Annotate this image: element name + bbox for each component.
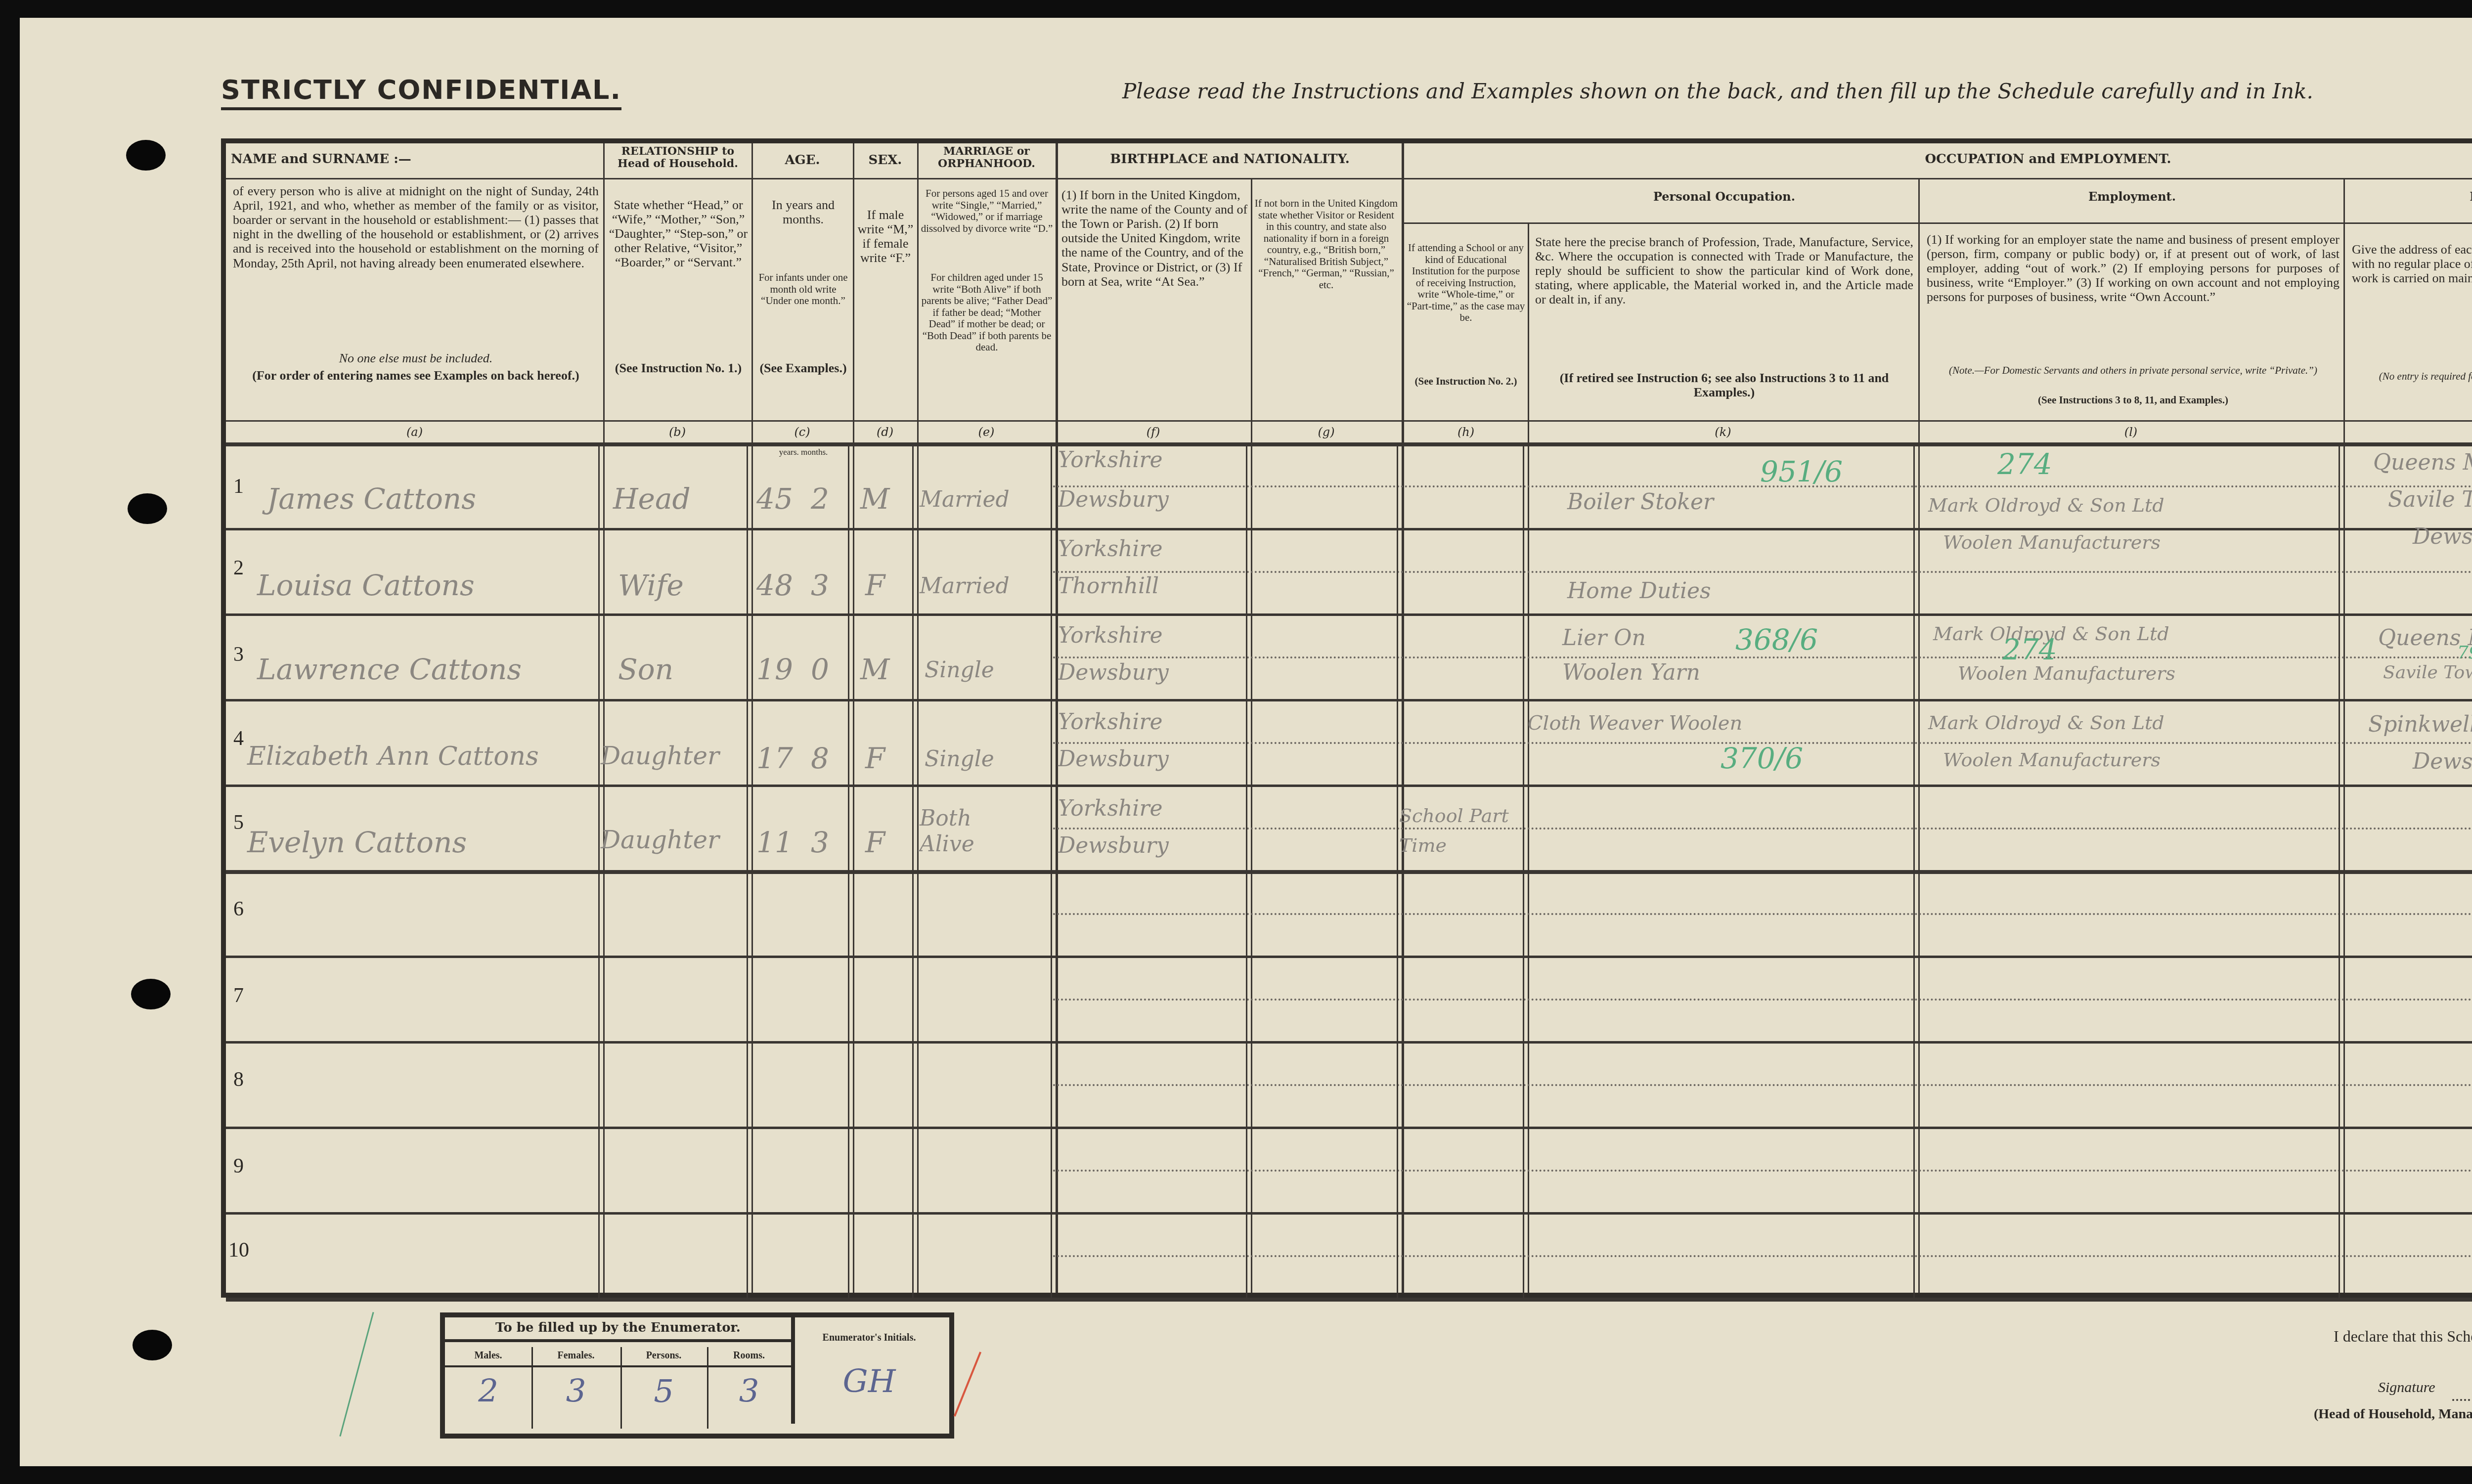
col-e-body: For persons aged 15 and over write “Sing…	[921, 188, 1053, 234]
column-divider	[1246, 442, 1247, 1298]
row-2-relationship[interactable]: Wife	[618, 568, 684, 602]
col-f-body: (1) If born in the United Kingdom, write…	[1061, 188, 1249, 289]
row-4-name[interactable]: Elizabeth Ann Cattons	[247, 742, 539, 771]
col-c-letter: (c)	[751, 425, 853, 439]
signature-label: Signature	[2378, 1379, 2435, 1396]
persons-label: Persons.	[620, 1347, 707, 1367]
persons-value[interactable]: 5	[620, 1367, 707, 1410]
col-d-letter: (d)	[853, 425, 917, 439]
row-4-place-line2[interactable]: Dewsbury	[2413, 749, 2472, 774]
column-divider	[1397, 442, 1398, 1298]
females-value[interactable]: 3	[531, 1367, 620, 1410]
initials-label: Enumerator's Initials.	[795, 1317, 943, 1344]
divider	[226, 178, 1056, 179]
instructions-line: Please read the Instructions and Example…	[1122, 79, 2313, 103]
row-1-name[interactable]: James Cattons	[267, 482, 476, 516]
divider	[603, 143, 605, 1293]
row-4-birth-town[interactable]: Dewsbury	[1058, 746, 1169, 772]
col-k-title: Personal Occupation.	[1530, 190, 1918, 204]
row-1-place-line3[interactable]: Dewsbury	[2413, 524, 2472, 549]
row-3-relationship[interactable]: Son	[618, 653, 673, 686]
divider	[1528, 222, 1529, 1293]
males-cell: Males. 2	[445, 1347, 533, 1429]
signer-note: (Head of Household, Manager of Establish…	[2314, 1406, 2472, 1422]
col-l-footer: (See Instructions 3 to 8, 11, and Exampl…	[1927, 394, 2340, 406]
divider	[2343, 178, 2345, 1293]
col-b-body: State whether “Head,” or “Wife,” “Mother…	[607, 198, 750, 270]
row-divider	[226, 1041, 2472, 1044]
row-subdivider	[1053, 656, 2472, 658]
row-number: 1	[233, 475, 244, 498]
enumerator-summary-title: To be filled up by the Enumerator.	[445, 1320, 791, 1342]
row-3-place-code: 7970/16	[2457, 643, 2472, 663]
row-5-age-years[interactable]: 11	[756, 826, 793, 859]
row-1-relationship[interactable]: Head	[613, 482, 691, 516]
col-a-title: NAME and SURNAME :—	[231, 152, 602, 167]
row-divider	[226, 785, 2472, 787]
row-number: 8	[233, 1068, 244, 1091]
column-divider	[848, 442, 849, 1298]
col-l-body: (1) If working for an employer state the…	[1927, 232, 2340, 305]
row-4-age-months[interactable]: 8	[811, 742, 829, 775]
col-a-letter: (a)	[226, 425, 603, 439]
row-number: 7	[233, 984, 244, 1007]
row-divider	[226, 613, 2472, 616]
row-1-age-months[interactable]: 2	[811, 482, 829, 516]
row-subdivider	[1053, 913, 2472, 915]
col-a-footer: (For order of entering names see Example…	[233, 368, 599, 383]
divider	[917, 143, 919, 1293]
age-subheader: years. months.	[754, 447, 853, 457]
divider	[1404, 222, 1528, 224]
row-1-age-years[interactable]: 45	[756, 482, 793, 516]
column-divider	[747, 442, 748, 1298]
divider	[1402, 143, 1404, 1293]
row-4-age-years[interactable]: 17	[756, 742, 793, 775]
col-e-title: MARRIAGE or ORPHANHOOD.	[919, 145, 1055, 170]
col-d-body: If male write “M,” if female write “F.”	[856, 208, 915, 265]
col-g-letter: (g)	[1251, 425, 1402, 439]
row-divider	[226, 1298, 2472, 1302]
row-number: 9	[233, 1154, 244, 1178]
divider	[1056, 178, 1404, 179]
col-h-letter: (h)	[1404, 425, 1528, 439]
persons-cell: Persons. 5	[620, 1347, 708, 1429]
col-h-body: If attending a School or any kind of Edu…	[1407, 242, 1525, 324]
row-5-birth-town[interactable]: Dewsbury	[1058, 833, 1169, 858]
signature-line	[2452, 1399, 2472, 1401]
column-divider	[1051, 442, 1052, 1298]
col-m-letter: (m)	[2343, 425, 2472, 439]
row-1-place-line2[interactable]: Savile Town	[2388, 487, 2472, 512]
row-subdivider	[1053, 828, 2472, 829]
row-1-birth-town[interactable]: Dewsbury	[1058, 487, 1169, 512]
col-k-letter: (k)	[1528, 425, 1918, 439]
col-a-body: of every person who is alive at midnight…	[233, 184, 599, 270]
occupation-title: OCCUPATION and EMPLOYMENT.	[1407, 152, 2472, 167]
column-divider	[1913, 442, 1915, 1298]
divider	[1251, 178, 1252, 1293]
col-b-footer: (See Instruction No. 1.)	[607, 361, 750, 375]
enumerator-initials-cell: Enumerator's Initials. GH	[791, 1317, 943, 1424]
row-2-birth-town[interactable]: Thornhill	[1058, 573, 1159, 599]
row-3-age-years[interactable]: 19	[756, 653, 793, 686]
punch-hole	[126, 140, 166, 171]
row-subdivider	[1053, 1255, 2472, 1257]
col-m-note: (No entry is required for any person who…	[2352, 371, 2472, 383]
row-5-age-months[interactable]: 3	[811, 826, 829, 859]
rooms-label: Rooms.	[707, 1347, 791, 1367]
males-label: Males.	[445, 1347, 531, 1367]
row-5-birth-county[interactable]: Yorkshire	[1058, 796, 1162, 821]
column-divider	[1523, 442, 1524, 1298]
row-3-occupation[interactable]: Lier On	[1562, 625, 1646, 651]
row-1-occupation[interactable]: Boiler Stoker	[1567, 489, 1714, 515]
row-5-marriage[interactable]: Both Alive	[920, 806, 994, 857]
strictly-confidential-heading: STRICTLY CONFIDENTIAL.	[221, 74, 621, 110]
row-2-age-months[interactable]: 3	[811, 568, 829, 602]
col-k-body: State here the precise branch of Profess…	[1535, 235, 1913, 307]
divider	[1918, 178, 1920, 1293]
row-4-relationship[interactable]: Daughter	[601, 742, 719, 770]
row-3-sex[interactable]: M	[860, 653, 889, 686]
row-number: 6	[233, 897, 244, 921]
row-3-place-line2[interactable]: Savile Town Dewsbury	[2383, 662, 2472, 683]
enumerator-summary-box: To be filled up by the Enumerator. Males…	[440, 1312, 954, 1439]
row-3-occupation-detail[interactable]: Woolen Yarn	[1562, 660, 1700, 685]
col-l-title: Employment.	[1921, 190, 2343, 204]
col-c-note: For infants under one month old write “U…	[755, 272, 851, 307]
row-4-occupation-code: 370/6	[1721, 742, 1803, 775]
row-2-name[interactable]: Louisa Cattons	[257, 568, 475, 602]
row-2-age-years[interactable]: 48	[756, 568, 793, 602]
col-l-letter: (l)	[1918, 425, 2343, 439]
row-number: 4	[233, 727, 244, 750]
divider	[1404, 178, 2472, 179]
col-e-note: For children aged under 15 write “Both A…	[921, 272, 1053, 353]
birthplace-title: BIRTHPLACE and NATIONALITY.	[1058, 152, 1402, 167]
row-2-sex[interactable]: F	[865, 568, 885, 602]
row-3-employer-code: 274	[2002, 633, 2057, 666]
divider	[1528, 222, 2472, 224]
rooms-cell: Rooms. 3	[707, 1347, 791, 1429]
row-divider	[226, 870, 2472, 874]
col-d-title: SEX.	[854, 153, 916, 168]
row-subdivider	[1053, 1170, 2472, 1172]
row-number: 5	[233, 811, 244, 834]
divider	[853, 143, 854, 1293]
column-divider	[598, 442, 600, 1298]
row-1-employer[interactable]: Mark Oldroyd & Son Ltd	[1928, 494, 2164, 516]
col-g-body: If not born in the United Kingdom state …	[1253, 198, 1399, 291]
divider	[226, 420, 2472, 422]
row-1-employer-code: 274	[1997, 447, 2052, 481]
punch-hole	[132, 1330, 172, 1360]
row-3-birth-town[interactable]: Dewsbury	[1058, 660, 1169, 685]
initials-value[interactable]: GH	[795, 1344, 943, 1400]
row-5-name[interactable]: Evelyn Cattons	[247, 826, 467, 859]
divider	[751, 143, 753, 1293]
row-3-marriage[interactable]: Single	[925, 657, 994, 683]
col-c-footer: (See Examples.)	[755, 361, 851, 375]
row-divider	[226, 1212, 2472, 1215]
row-1-birth-county[interactable]: Yorkshire	[1058, 447, 1162, 473]
col-m-body: Give the address of each person's place …	[2352, 242, 2472, 285]
column-divider	[912, 442, 914, 1298]
col-a-note: No one else must be included.	[233, 351, 599, 365]
row-divider	[226, 1127, 2472, 1129]
row-subdivider	[1053, 1084, 2472, 1086]
col-h-footer: (See Instruction No. 2.)	[1407, 376, 1525, 388]
row-number: 2	[233, 556, 244, 580]
col-f-letter: (f)	[1056, 425, 1251, 439]
punch-hole	[131, 979, 171, 1009]
row-4-place-line1[interactable]: Spinkwell Mills	[2368, 712, 2472, 737]
row-4-sex[interactable]: F	[865, 742, 885, 775]
col-m-title: Place of Work.	[2346, 190, 2472, 204]
col-c-body: In years and months.	[755, 198, 851, 226]
declaration-text: I declare that this Schedule is correctl…	[2334, 1327, 2472, 1346]
col-e-letter: (e)	[917, 425, 1056, 439]
col-b-letter: (b)	[603, 425, 751, 439]
row-3-name[interactable]: Lawrence Cattons	[257, 653, 522, 686]
row-number: 3	[233, 643, 244, 666]
row-subdivider	[1053, 571, 2472, 573]
column-divider	[2339, 442, 2340, 1298]
row-2-occupation[interactable]: Home Duties	[1567, 578, 1711, 604]
row-3-occupation-code: 368/6	[1735, 623, 1818, 656]
row-4-employer-business[interactable]: Woolen Manufacturers	[1943, 749, 2161, 771]
row-4-occupation[interactable]: Cloth Weaver Woolen	[1528, 712, 1742, 735]
row-4-birth-county[interactable]: Yorkshire	[1058, 709, 1162, 735]
row-5-sex[interactable]: F	[865, 826, 885, 859]
females-label: Females.	[531, 1347, 620, 1367]
punch-hole	[128, 493, 167, 524]
row-1-sex[interactable]: M	[860, 482, 889, 516]
col-b-title: RELATIONSHIP to Head of Household.	[605, 145, 751, 170]
row-1-marriage[interactable]: Married	[920, 487, 1010, 512]
col-l-note: (Note.—For Domestic Servants and others …	[1927, 365, 2340, 377]
rooms-value[interactable]: 3	[707, 1367, 791, 1410]
row-number: 10	[228, 1238, 249, 1262]
row-3-birth-county[interactable]: Yorkshire	[1058, 623, 1162, 648]
row-3-employer-business[interactable]: Woolen Manufacturers	[1958, 662, 2175, 684]
females-cell: Females. 3	[531, 1347, 622, 1429]
row-1-place-line1[interactable]: Queens Mill	[2373, 450, 2472, 475]
col-c-title: AGE.	[753, 153, 852, 168]
divider	[226, 442, 2472, 446]
row-4-employer[interactable]: Mark Oldroyd & Son Ltd	[1928, 712, 2164, 734]
row-divider	[226, 699, 2472, 701]
row-2-marriage[interactable]: Married	[920, 573, 1010, 599]
row-divider	[226, 956, 2472, 958]
row-1-occupation-code: 951/6	[1760, 455, 1843, 488]
males-value[interactable]: 2	[445, 1367, 531, 1410]
row-4-marriage[interactable]: Single	[925, 746, 994, 772]
col-k-footer: (If retired see Instruction 6; see also …	[1535, 371, 1913, 399]
row-divider	[226, 528, 2472, 530]
row-3-age-months[interactable]: 0	[811, 653, 829, 686]
row-5-school[interactable]: School Part Time	[1399, 801, 1513, 860]
row-1-employer-business[interactable]: Woolen Manufacturers	[1943, 531, 2161, 553]
row-2-birth-county[interactable]: Yorkshire	[1058, 536, 1162, 562]
row-5-relationship[interactable]: Daughter	[601, 826, 719, 854]
row-subdivider	[1053, 999, 2472, 1001]
